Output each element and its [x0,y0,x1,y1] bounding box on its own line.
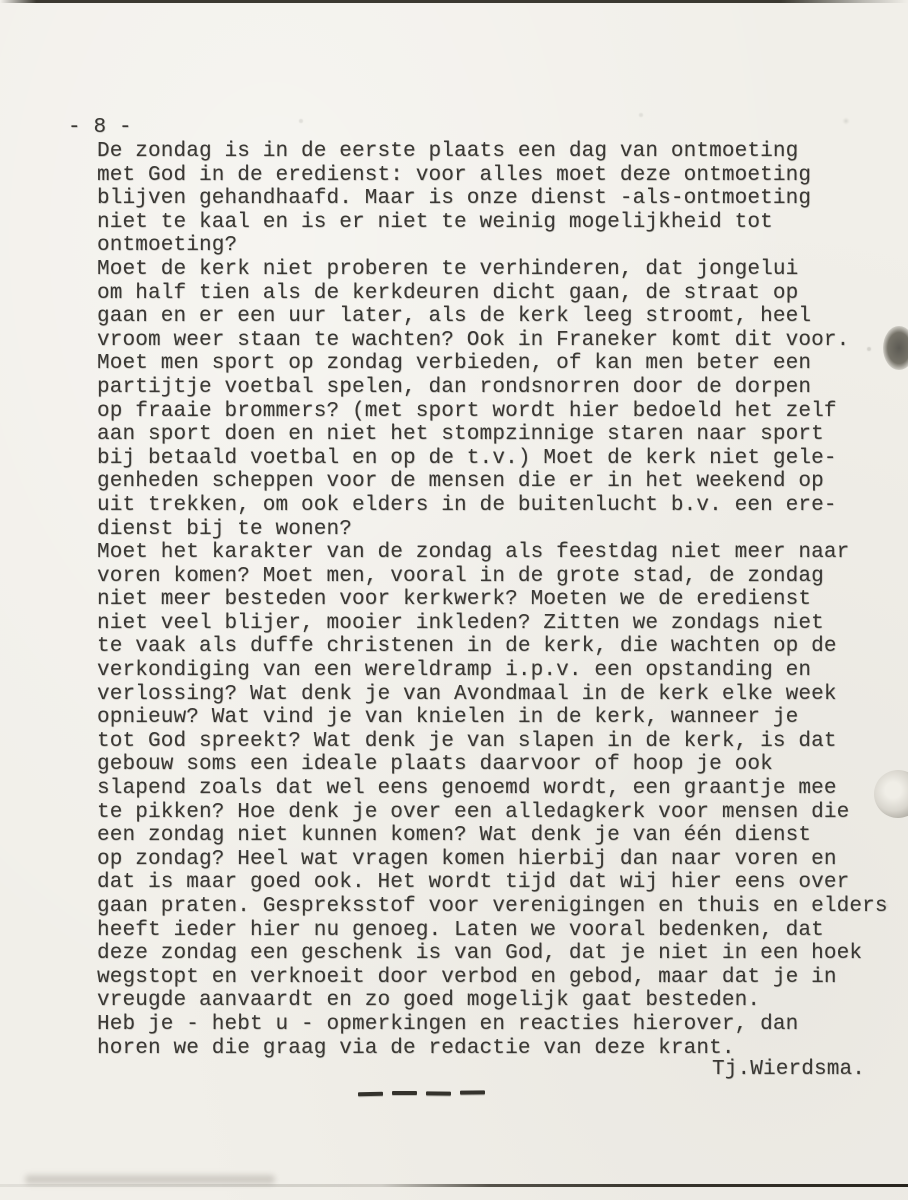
ink-smudge-mark [883,326,908,370]
dash-mark [460,1090,485,1094]
dash-mark [426,1091,451,1095]
paragraph-slot: Heb je - hebt u - opmerkingen en reactie… [97,1013,888,1060]
paper-specks [0,0,2,2]
typed-body: De zondag is in de eerste plaats een dag… [97,140,888,1060]
divider-dashes [358,1090,494,1098]
scan-edge-bottom [0,1184,908,1187]
document-page: - 8 - De zondag is in de eerste plaats e… [0,0,908,1200]
signature: Tj.Wierdsma. [712,1058,865,1082]
scan-edge-top [0,0,908,3]
page-number: - 8 - [68,116,132,140]
paragraph-intro: De zondag is in de eerste plaats een dag… [97,140,888,258]
paragraph-zondag-vragen: Moet het karakter van de zondag als fees… [97,541,888,1013]
paragraph-kerk-sport: Moet de kerk niet proberen te verhindere… [97,258,888,541]
dash-mark [358,1092,383,1096]
scan-smudge-bottom [25,1175,275,1184]
dash-mark [392,1091,417,1095]
